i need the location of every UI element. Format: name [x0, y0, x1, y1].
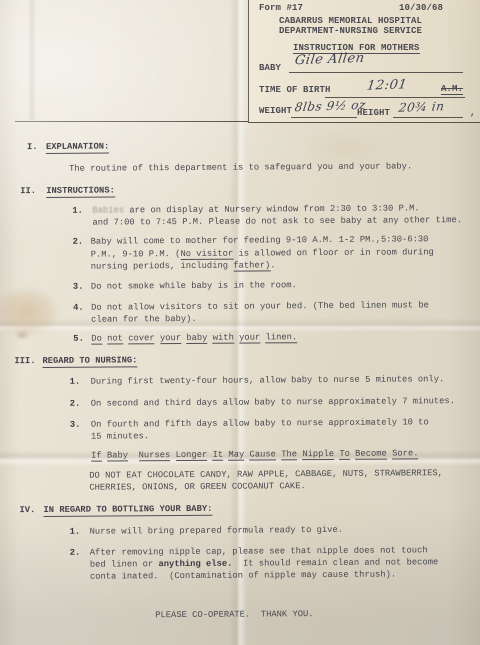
letter-body: I. EXPLANATION: The routine of this depa… [0, 0, 480, 645]
item-number: 4. [73, 302, 84, 314]
nursing-item3-line2: 15 minutes. [91, 430, 149, 442]
item-number: 3. [70, 419, 81, 431]
nursing-item3-line1: On fourth and fifth days allow baby to n… [91, 416, 429, 430]
instructions-item3: Do not smoke while baby is in the room. [91, 279, 297, 292]
item-number: 2. [73, 236, 84, 248]
section1-body: The routine of this department is to saf… [69, 160, 412, 174]
item-number: 1. [72, 205, 83, 217]
instructions-item5: Do not cover your baby with your linen. [91, 331, 297, 344]
bottling-item2-line3: conta inated. (Contamination of nipple m… [90, 569, 396, 583]
section3-heading: REGARD TO NURSING: [42, 354, 137, 368]
section1-heading: EXPLANATION: [46, 141, 109, 154]
document-photo: Form #17 10/30/68 CABARRUS MEMORIAL HOSP… [0, 0, 480, 645]
instructions-item4-line1: Do not allow visitors to sit on your bed… [91, 299, 429, 313]
instructions-item2-line3: nursing periods, including father). [91, 259, 276, 272]
section2-numeral: II. [20, 185, 36, 197]
nursing-item1: During first twenty-four hours, allow ba… [91, 373, 445, 387]
section4-numeral: IV. [19, 504, 35, 516]
item-number: 5. [73, 333, 84, 345]
item-number: 3. [73, 281, 84, 293]
section2-heading: INSTRUCTIONS: [46, 184, 115, 197]
item-number: 1. [70, 526, 81, 538]
closing-line: PLEASE CO-OPERATE. THANK YOU. [155, 608, 313, 621]
nursing-item2: On second and third days allow baby to n… [91, 395, 455, 410]
item-number: 2. [70, 547, 81, 559]
bottling-item1: Nurse will bring prepared formula ready … [90, 524, 343, 538]
instructions-item1-line2: and 7:00 to 7:45 P.M. Please do not ask … [92, 214, 462, 229]
instructions-item4-line2: clean for the baby). [91, 313, 197, 326]
item-number: 1. [70, 376, 81, 388]
item-number: 2. [70, 398, 81, 410]
section1-numeral: I. [27, 141, 38, 153]
nursing-warning-underlined: If Baby Nurses Longer It May Cause The N… [91, 447, 419, 461]
section3-numeral: III. [14, 355, 35, 367]
section4-heading: IN REGARD TO BOTTLING YOUR BABY: [43, 503, 212, 517]
food-warning-line2: CHERRIES, ONIONS, OR GREEN COCOANUT CAKE… [89, 480, 306, 494]
instructions-item2-line1: Baby will come to mother for feeding 9-1… [91, 233, 429, 247]
